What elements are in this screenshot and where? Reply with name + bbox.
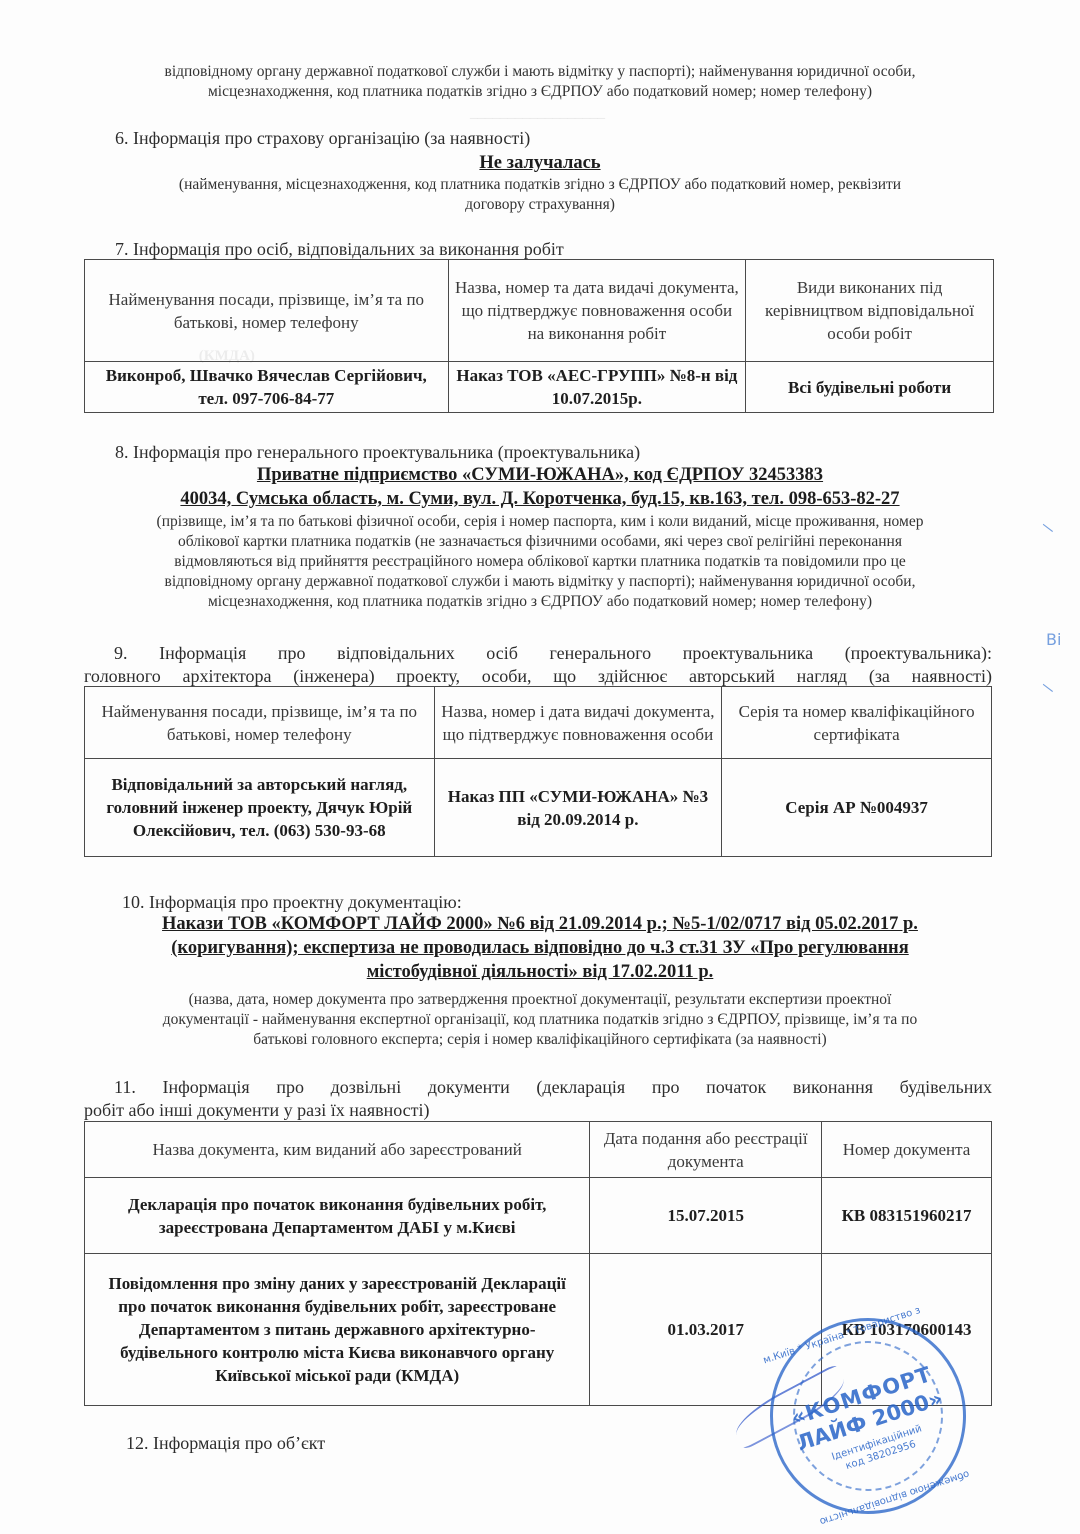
document-page: __________________ __________ (КМДА) ___… <box>0 0 1080 1534</box>
section11-title-line2: робіт або інші документи у разі їх наявн… <box>84 1099 430 1121</box>
section9-title-line1: 9. Інформація про відповідальних осіб ге… <box>84 642 992 664</box>
responsible-persons-table: Найменування посади, прізвище, ім’я та п… <box>84 259 994 413</box>
table-cell: Відповідальний за авторський нагляд, гол… <box>85 759 435 857</box>
caption-line: (найменування, місцезнаходження, код пла… <box>80 175 1000 195</box>
table-header-row: Найменування посади, прізвище, ім’я та п… <box>85 687 992 759</box>
table-header-cell: Назва, номер і дата видачі документа, що… <box>434 687 722 759</box>
section11-title-line1: 11. Інформація про дозвільні документи (… <box>84 1076 992 1098</box>
section8-title: 8. Інформація про генерального проектува… <box>115 441 640 463</box>
table-header-cell: Номер документа <box>822 1122 992 1178</box>
table-cell: Виконроб, Швачко Вячеслав Сергійович, те… <box>85 362 449 413</box>
table-header-cell: Найменування посади, прізвище, ім’я та п… <box>85 260 449 362</box>
table-cell: Серія АР №004937 <box>722 759 992 857</box>
table-cell: 15.07.2015 <box>590 1178 822 1254</box>
value-line: містобудівної діяльності» від 17.02.2011… <box>80 960 1000 984</box>
table-header-cell: Назва, номер та дата видачі документа, щ… <box>448 260 746 362</box>
section7-table-wrap: Найменування посади, прізвище, ім’я та п… <box>84 259 994 413</box>
table-cell: Повідомлення про зміну даних у зареєстро… <box>85 1254 590 1406</box>
section9-table-wrap: Найменування посади, прізвище, ім’я та п… <box>84 686 992 857</box>
value-line: Накази ТОВ «КОМФОРТ ЛАЙФ 2000» №6 від 21… <box>80 912 1000 936</box>
caption-line: документації - найменування експертної о… <box>80 1010 1000 1030</box>
table-cell: Всі будівельні роботи <box>746 362 994 413</box>
table-header-cell: Назва документа, ким виданий або зареєст… <box>85 1122 590 1178</box>
table-cell: КВ 083151960217 <box>822 1178 992 1254</box>
caption-line: (прізвище, ім’я та по батькові фізичної … <box>80 512 1000 532</box>
table-cell: Наказ ПП «СУМИ-ЮЖАНА» №3 від 20.09.2014 … <box>434 759 722 857</box>
section10-caption: (назва, дата, номер документа про затвер… <box>80 990 1000 1050</box>
section12-title: 12. Інформація про об’єкт <box>126 1432 325 1454</box>
table-row: Виконроб, Швачко Вячеслав Сергійович, те… <box>85 362 994 413</box>
section10-title: 10. Інформація про проектну документацію… <box>122 891 462 913</box>
caption-line: батькові головного експерта; серія і ном… <box>80 1030 1000 1050</box>
partial-edge-stamp: / Bi / <box>1040 490 1080 750</box>
caption-line: місцезнаходження, код платника податків … <box>80 592 1000 612</box>
value-line: (коригування); експертиза не проводилась… <box>80 936 1000 960</box>
table-header-row: Назва документа, ким виданий або зареєст… <box>85 1122 992 1178</box>
table-header-cell: Дата подання або реєстрації документа <box>590 1122 822 1178</box>
caption-line: облікової картки платника податків (не з… <box>80 532 1000 552</box>
section9-title-line2: головного архітектора (інженера) проекту… <box>84 665 992 687</box>
section8-caption: (прізвище, ім’я та по батькові фізичної … <box>80 512 1000 612</box>
caption-line: відмовляються від прийняття реєстраційно… <box>80 552 1000 572</box>
edge-stamp-mark: / <box>1040 683 1057 693</box>
caption-line: місцезнаходження, код платника податків … <box>80 82 1000 102</box>
table-cell: Наказ ТОВ «АЕС-ГРУПП» №8-н від 10.07.201… <box>448 362 746 413</box>
show-through-text: __________________ <box>470 105 605 122</box>
table-row: Декларація про початок виконання будівел… <box>85 1178 992 1254</box>
edge-stamp-text: Bi <box>1046 630 1061 649</box>
table-cell: Декларація про початок виконання будівел… <box>85 1178 590 1254</box>
caption-line: відповідному органу державної податкової… <box>80 62 1000 82</box>
section6-caption: (найменування, місцезнаходження, код пла… <box>80 175 1000 215</box>
caption-line: (назва, дата, номер документа про затвер… <box>80 990 1000 1010</box>
section8-value-line1: Приватне підприємство «СУМИ-ЮЖАНА», код … <box>80 463 1000 487</box>
caption-line: відповідному органу державної податкової… <box>80 572 1000 592</box>
section6-title: 6. Інформація про страхову організацію (… <box>115 127 530 149</box>
caption-line: договору страхування) <box>80 195 1000 215</box>
edge-stamp-mark: / <box>1040 523 1057 533</box>
section6-value: Не залучалась <box>80 151 1000 175</box>
table-header-row: Найменування посади, прізвище, ім’я та п… <box>85 260 994 362</box>
designer-persons-table: Найменування посади, прізвище, ім’я та п… <box>84 686 992 857</box>
table-row: Відповідальний за авторський нагляд, гол… <box>85 759 992 857</box>
section10-value: Накази ТОВ «КОМФОРТ ЛАЙФ 2000» №6 від 21… <box>80 912 1000 984</box>
table-header-cell: Серія та номер кваліфікаційного сертифік… <box>722 687 992 759</box>
table-header-cell: Найменування посади, прізвище, ім’я та п… <box>85 687 435 759</box>
intro-caption: відповідному органу державної податкової… <box>80 62 1000 102</box>
section7-title: 7. Інформація про осіб, відповідальних з… <box>115 238 564 260</box>
section8-value-line2: 40034, Сумська область, м. Суми, вул. Д.… <box>80 487 1000 511</box>
table-header-cell: Види виконаних під керівництвом відповід… <box>746 260 994 362</box>
